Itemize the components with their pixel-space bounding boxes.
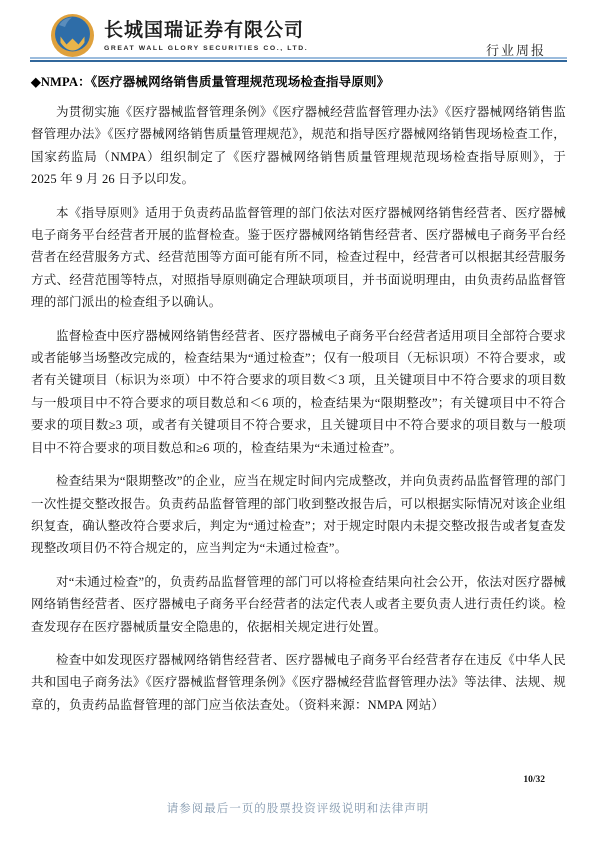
company-name-block: 长城国瑞证券有限公司 GREAT WALL GLORY SECURITIES C… <box>104 19 308 52</box>
header-divider-dark-line <box>30 60 567 63</box>
company-brand: 长城国瑞证券有限公司 GREAT WALL GLORY SECURITIES C… <box>50 13 308 58</box>
page-number: 10/32 <box>523 775 545 785</box>
article-title: ◆NMPA：《医疗器械网络销售质量管理规范现场检查指导原则》 <box>31 72 566 90</box>
page-header: 长城国瑞证券有限公司 GREAT WALL GLORY SECURITIES C… <box>50 13 546 59</box>
body-paragraph: 监督检查中医疗器械网络销售经营者、医疗器械电子商务平台经营者适用项目全部符合要求… <box>31 325 566 459</box>
company-logo-icon <box>50 13 95 58</box>
body-paragraph: 检查中如发现医疗器械网络销售经营者、医疗器械电子商务平台经营者存在违反《中华人民… <box>31 649 566 716</box>
header-divider <box>30 57 567 63</box>
report-page: 长城国瑞证券有限公司 GREAT WALL GLORY SECURITIES C… <box>0 0 596 842</box>
company-name-en: GREAT WALL GLORY SECURITIES CO., LTD. <box>104 45 308 52</box>
body-paragraph: 本《指导原则》适用于负责药品监督管理的部门依法对医疗器械网络销售经营者、医疗器械… <box>31 202 566 314</box>
body-paragraph: 对“未通过检查”的，负责药品监督管理的部门可以将检查结果向社会公开，依法对医疗器… <box>31 571 566 638</box>
footer-disclaimer: 请参阅最后一页的股票投资评级说明和法律声明 <box>0 800 596 816</box>
company-name-cn: 长城国瑞证券有限公司 <box>104 19 308 42</box>
article-body: ◆NMPA：《医疗器械网络销售质量管理规范现场检查指导原则》 为贯彻实施《医疗器… <box>31 72 566 727</box>
body-paragraph: 检查结果为“限期整改”的企业，应当在规定时间内完成整改，并向负责药品监督管理的部… <box>31 470 566 560</box>
body-paragraph: 为贯彻实施《医疗器械监督管理条例》《医疗器械经营监督管理办法》《医疗器械网络销售… <box>31 101 566 191</box>
